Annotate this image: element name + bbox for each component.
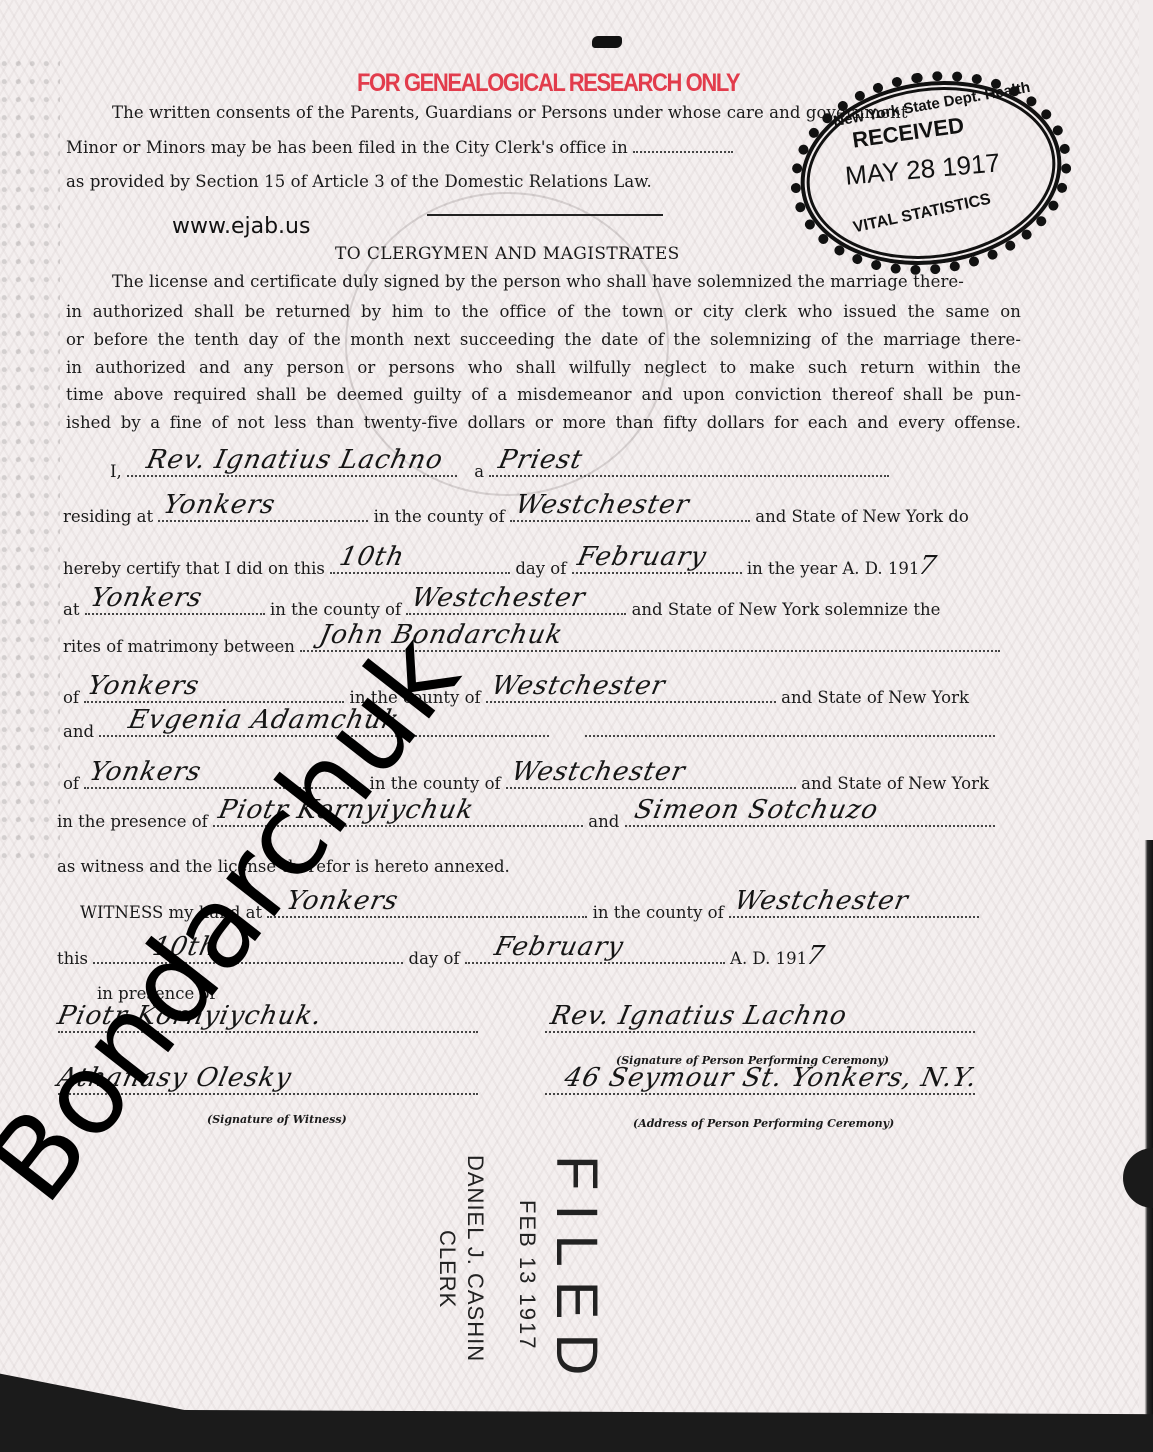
officiant-title-field: Priest [489, 475, 889, 477]
bride-county: Westchester [509, 757, 688, 787]
instructions-line-4: in authorized and any person or persons … [66, 358, 1021, 377]
instructions-line-2: in authorized shall be returned by him t… [66, 302, 1021, 321]
witnesses-row: in the presence of Piotr Kornyiychuk and… [57, 812, 995, 831]
residence-city: Yonkers [161, 490, 279, 520]
officiant-signature: Rev. Ignatius Lachno [548, 1001, 850, 1031]
place-label: at [63, 600, 79, 619]
bride-and-label: and [63, 722, 94, 741]
clerk-name: DANIEL J. CASHIN [462, 1155, 488, 1362]
residence-state-label: and State of New York do [755, 507, 969, 526]
date-label: hereby certify that I did on this [63, 559, 325, 578]
date-month: February [574, 542, 709, 572]
date-row: hereby certify that I did on this 10th d… [63, 551, 937, 581]
officiant-name: Rev. Ignatius Lachno [144, 445, 446, 475]
signed-year-digit: 7 [804, 941, 828, 971]
residence-label: residing at [63, 507, 153, 526]
officiant-address: 46 Seymour St. Yonkers, N.Y. [562, 1063, 980, 1093]
officiant-prefix: I, [110, 462, 122, 481]
bride-county-field: Westchester [506, 787, 796, 789]
signed-this-label: this [57, 949, 88, 968]
bride-state-label: and State of New York [801, 774, 989, 793]
officiant-signature-row: Rev. Ignatius Lachno [545, 1018, 975, 1037]
witness-hand-county: Westchester [732, 886, 911, 916]
address-line: 46 Seymour St. Yonkers, N.Y. [545, 1093, 975, 1095]
bride-name-extra-field [585, 735, 995, 737]
date-day-field: 10th [330, 572, 510, 574]
address-row: 46 Seymour St. Yonkers, N.Y. [545, 1080, 975, 1099]
consent-line-2-text: Minor or Minors may be has been filed in… [66, 138, 628, 157]
filed-stamp: FILED FEB 13 1917 DANIEL J. CASHIN CLERK [420, 1150, 640, 1400]
witness-hand-county-label: in the county of [593, 903, 724, 922]
officiant-title: Priest [496, 445, 586, 475]
witness-hand-county-field: Westchester [729, 916, 979, 918]
date-day: 10th [337, 542, 408, 572]
ornament-mark [592, 36, 622, 48]
place-state-label: and State of New York solemnize the [632, 600, 941, 619]
instructions-line-5: time above required shall be deemed guil… [66, 385, 1021, 404]
date-year-label: in the year A. D. 191 [747, 559, 920, 578]
witnesses-label: in the presence of [57, 812, 208, 831]
place-city-field: Yonkers [85, 613, 265, 615]
consent-line-1: The written consents of the Parents, Gua… [112, 103, 908, 122]
bride-residence-row: of Yonkers in the county of Westchester … [63, 774, 989, 793]
instructions-line-1: The license and certificate duly signed … [112, 272, 964, 291]
groom-city: Yonkers [85, 671, 203, 701]
place-row: at Yonkers in the county of Westchester … [63, 600, 940, 619]
date-month-field: February [572, 572, 742, 574]
clerk-title: CLERK [434, 1230, 460, 1308]
bride-city: Yonkers [87, 757, 205, 787]
residence-county-label: in the county of [374, 507, 505, 526]
place-county: Westchester [409, 583, 588, 613]
left-edge-noise [0, 60, 60, 860]
witness2-name: Simeon Sotchuzo [631, 795, 881, 825]
instructions-line-6: ished by a fine of not less than twenty-… [66, 413, 1021, 432]
residence-city-field: Yonkers [158, 520, 368, 522]
residence-row: residing at Yonkers in the county of Wes… [63, 507, 969, 526]
officiant-name-field: Rev. Ignatius Lachno [127, 475, 457, 477]
groom-state-label: and State of New York [781, 688, 969, 707]
address-caption: (Address of Person Performing Ceremony) [633, 1117, 894, 1130]
right-edge-light [1139, 0, 1153, 840]
parties-label: rites of matrimony between [63, 637, 295, 656]
filed-label: FILED [543, 1155, 610, 1389]
section-heading: TO CLERGYMEN AND MAGISTRATES [335, 244, 680, 264]
officiant-row: I, Rev. Ignatius Lachno a Priest [110, 462, 889, 481]
consent-line-3: as provided by Section 15 of Article 3 o… [66, 172, 652, 191]
signed-day-of-label: day of [409, 949, 460, 968]
date-year-digit: 7 [916, 551, 940, 581]
residence-county: Westchester [513, 490, 692, 520]
groom-of-label: of [63, 688, 79, 707]
witness-caption: (Signature of Witness) [207, 1113, 347, 1126]
place-city: Yonkers [88, 583, 206, 613]
groom-city-field: Yonkers [84, 701, 344, 703]
consent-blank [633, 151, 733, 153]
instructions-line-3: or before the tenth day of the month nex… [66, 330, 1021, 349]
groom-county-field: Westchester [486, 701, 776, 703]
date-day-of-label: day of [515, 559, 566, 578]
witness2-field: Simeon Sotchuzo [625, 825, 995, 827]
officiant-signature-line: Rev. Ignatius Lachno [545, 1031, 975, 1033]
groom-county: Westchester [489, 671, 668, 701]
residence-county-field: Westchester [510, 520, 750, 522]
witness-hand-city-field: Yonkers [267, 916, 587, 918]
officiant-article: a [474, 462, 484, 481]
witnesses-and-label: and [588, 812, 619, 831]
genealogy-stamp: FOR GENEALOGICAL RESEARCH ONLY [357, 68, 677, 98]
place-county-field: Westchester [406, 613, 626, 615]
bride-name-row: and Evgenia Adamchuk [63, 722, 995, 741]
separator-rule [427, 214, 663, 216]
signed-month: February [492, 932, 627, 962]
signed-month-field: February [465, 962, 725, 964]
filed-date: FEB 13 1917 [514, 1200, 540, 1350]
parties-row: rites of matrimony between John Bondarch… [63, 637, 1000, 656]
signed-year-label: A. D. 191 [730, 949, 807, 968]
website-label: www.ejab.us [172, 214, 310, 239]
bride-of-label: of [63, 774, 79, 793]
consent-line-2: Minor or Minors may be has been filed in… [66, 138, 733, 157]
